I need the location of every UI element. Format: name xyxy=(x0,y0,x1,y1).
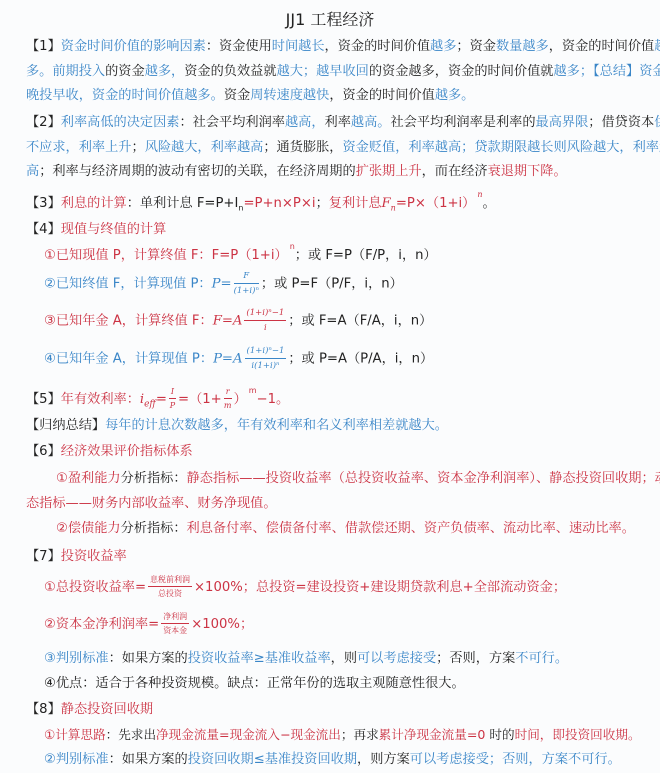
payback-calc-method: ①计算思路：先求出净现金流量=现金流入−现金流出；再求累计净现金流量=0 时的时… xyxy=(44,723,646,748)
roi-pros-cons: ④优点：适合于各种投资规模。缺点：正常年份的选取主观随意性很大。 xyxy=(44,672,646,697)
profitability-line-2: 态指标——财务内部收益率、财务净现值。 xyxy=(26,492,646,517)
fraction: (1+i)ⁿ−1i xyxy=(244,309,286,332)
pv-fv-item-2: ②已知终值 F，计算现值 P：P=F(1+i)ⁿ；或 P=F（P/F，i，n） xyxy=(44,272,646,297)
formula-part: ） xyxy=(234,392,247,407)
formula: F=P（1+i） xyxy=(212,248,288,263)
text-segment: 多。前期投入 xyxy=(26,64,105,79)
text-segment: 风险越大，利率越高 xyxy=(145,140,264,155)
simple-interest-formula: =P+n×P×i xyxy=(243,196,315,211)
section-label: 经济效果评价指标体系 xyxy=(61,444,193,459)
text-segment: 越高， xyxy=(285,115,325,130)
section-2-line-2: 不应求，利率上升；风险越大，利率越高；通货膨胀，资金贬值，利率越高；贷款期限越长… xyxy=(26,136,646,161)
text-segment: ； xyxy=(132,140,145,155)
item-label: ①总投资收益率= xyxy=(44,580,146,595)
text-segments: 资金时间价值的影响因素：资金使用时间越长，资金的时间价值越多；资金数量越多，资金… xyxy=(61,39,660,54)
denominator: m xyxy=(224,399,232,410)
text-segment: 时的 xyxy=(485,727,514,742)
text-segment: 越 xyxy=(654,39,660,54)
section-1: 【1】资金时间价值的影响因素：资金使用时间越长，资金的时间价值越多；资金数量越多… xyxy=(26,35,646,109)
text-segment: 越大；越早收回 xyxy=(277,64,369,79)
fraction: F(1+i)ⁿ xyxy=(234,272,259,295)
denominator: (1+i)ⁿ xyxy=(234,284,259,296)
item-text: 利息备付率、偿债备付率、借款偿还期、资产负债率、流动比率、速动比率。 xyxy=(187,521,635,536)
fraction: 息税前利润总投资 xyxy=(148,576,192,598)
item-text: 静态指标——投资收益率（总投资收益率、资本金净利润率）、静态投资回收期；动 xyxy=(187,471,660,486)
subscript: eff xyxy=(144,400,156,410)
section-2-line-3: 高；利率与经济周期的波动有密切的关联，在经济周期的扩张期上升，而在经济衰退期下降… xyxy=(26,160,646,185)
denominator: 资本金 xyxy=(161,624,189,635)
fraction: 净利润资本金 xyxy=(161,613,189,635)
text-segment: 利率高低的决定因素 xyxy=(61,115,180,130)
text-segment: 时间，即投资回收期。 xyxy=(515,727,641,742)
section-label: 年有效利率： xyxy=(61,392,140,407)
text-segment: 资金时间价值的影响因素 xyxy=(61,39,206,54)
text-segment: ；利率与经济周期的波动有密切的关联，在经济周期的 xyxy=(39,164,356,179)
roi-total-formula: ①总投资收益率=息税前利润总投资×100%；总投资=建设投资+建设期贷款利息+全… xyxy=(44,576,646,601)
section-number: 【3】 xyxy=(26,196,61,211)
text-segment: 累计净现金流量=0 xyxy=(379,727,486,742)
profitability-line-1: ①盈利能力分析指标：静态指标——投资收益率（总投资收益率、资本金净利润率）、静态… xyxy=(26,467,646,492)
text-segment: ；否则，方案 xyxy=(436,651,515,666)
item-label: ③已知年金 A，计算终值 F： xyxy=(44,314,213,329)
text-segment: ；借贷资本 xyxy=(588,115,654,130)
item-text: ④优点：适合于各种投资规模。缺点：正常年份的选取主观随意性很大。 xyxy=(44,676,465,691)
text-segment: 周转速度越快 xyxy=(250,88,329,103)
fraction: rm xyxy=(224,388,232,410)
section-number: 【6】 xyxy=(26,444,61,459)
exponent: m xyxy=(249,386,257,395)
section-5: 【5】年有效利率：ieff=IP=（1+rm）m−1。 xyxy=(26,388,646,417)
text-segment: 投资回收期≤基准投资回收期 xyxy=(188,752,357,767)
item-label: ①已知现值 P，计算终值 F： xyxy=(44,248,212,263)
exponent: n xyxy=(477,190,482,199)
section-number: 【5】 xyxy=(26,392,61,407)
text-segment: ；通货膨胀， xyxy=(263,140,342,155)
text-segments: ②判别标准：如果方案的投资回收期≤基准投资回收期，则方案可以考虑接受；否则，方案… xyxy=(44,752,621,767)
text-segment: ，则 xyxy=(331,651,357,666)
alt-formula: ；或 F=P（F/P，i，n） xyxy=(295,248,437,263)
text-segment: 扩张期上升 xyxy=(356,164,422,179)
section-number: 【8】 xyxy=(26,702,61,717)
text-segment: 资金 xyxy=(224,88,250,103)
text-segment: ，资金的时间价值 xyxy=(329,88,435,103)
text-segment: 净现金流量=现金流入−现金流出 xyxy=(156,727,341,742)
text-segment: 资金的负效益就 xyxy=(184,64,276,79)
text-segment: ，而在经济 xyxy=(422,164,488,179)
text-segment: ：如果方案的 xyxy=(109,752,188,767)
numerator: 净利润 xyxy=(161,613,189,624)
text-segment: 可以考虑接受 xyxy=(357,651,436,666)
text-segment: 不可行。 xyxy=(515,651,568,666)
text-segment: 不应求，利率上升 xyxy=(26,140,132,155)
text-segment: 最高界限 xyxy=(536,115,589,130)
text-segment: ：先求出 xyxy=(106,727,156,742)
text-segment: ：如果方案的 xyxy=(109,651,188,666)
fraction: (1+i)ⁿ−1i(1+i)ⁿ xyxy=(245,347,287,370)
pv-fv-item-1: ①已知现值 P，计算终值 F：F=P（1+i）n；或 F=P（F/P，i，n） xyxy=(44,244,646,270)
alt-formula: ；或 F=A（F/A，i，n） xyxy=(288,314,432,329)
text-segment: 利率 xyxy=(325,115,351,130)
numerator: I xyxy=(169,388,176,399)
section-1-line-1: 【1】资金时间价值的影响因素：资金使用时间越长，资金的时间价值越多；资金数量越多… xyxy=(26,35,646,60)
section-number: 【7】 xyxy=(26,549,61,564)
text-segment: ，资金的时间价值 xyxy=(549,39,655,54)
text-segment: ，资金的时间价值 xyxy=(325,39,431,54)
pv-fv-item-3: ③已知年金 A，计算终值 F：F=A(1+i)ⁿ−1i；或 F=A（F/A，i，… xyxy=(44,309,646,334)
section-4: 【4】现值与终值的计算 xyxy=(26,218,646,243)
text-segment: ①计算思路 xyxy=(44,727,106,742)
text-segments: ①计算思路：先求出净现金流量=现金流入−现金流出；再求累计净现金流量=0 时的时… xyxy=(44,727,641,742)
text-segment: 衰退期下降。 xyxy=(488,164,567,179)
payback-criterion: ②判别标准：如果方案的投资回收期≤基准投资回收期，则方案可以考虑接受；否则，方案… xyxy=(44,748,646,773)
formula-lhs: P=A xyxy=(213,352,242,367)
item-label: ④已知年金 A，计算现值 P： xyxy=(44,352,213,367)
page-title: JJ1 工程经济 xyxy=(0,7,660,30)
text-segments: 高；利率与经济周期的波动有密切的关联，在经济周期的扩张期上升，而在经济衰退期下降… xyxy=(26,164,567,179)
section-8: 【8】静态投资回收期 xyxy=(26,698,646,723)
numerator: 息税前利润 xyxy=(148,576,192,587)
text-segment: ，则方案 xyxy=(357,752,410,767)
text-segment: 资金贬值，利率越高；贷款期限越长则风险越大，利率越 xyxy=(343,140,660,155)
summary-note: 【归纳总结】每年的计息次数越多，年有效利率和名义利率相差就越大。 xyxy=(26,414,646,439)
text-segment: 供 xyxy=(654,115,660,130)
section-6-heading: 【6】经济效果评价指标体系 xyxy=(26,440,646,465)
text-segment: ③判别标准 xyxy=(44,651,109,666)
profitability-indicators: ①盈利能力分析指标：静态指标——投资收益率（总投资收益率、资本金净利润率）、静态… xyxy=(26,467,646,516)
text-segment: 投资收益率≥基准收益率 xyxy=(188,651,331,666)
section-4-heading: 【4】现值与终值的计算 xyxy=(26,218,646,243)
section-7-heading: 【7】投资收益率 xyxy=(26,545,646,570)
text-segment: ；再求 xyxy=(341,727,379,742)
text-segment: ；资金 xyxy=(456,39,496,54)
section-2-line-1: 【2】利率高低的决定因素：社会平均利润率越高，利率越高。社会平均利润率是利率的最… xyxy=(26,111,646,136)
numerator: r xyxy=(224,388,232,399)
text-segment: ：资金使用 xyxy=(206,39,272,54)
item-mid: 分析指标： xyxy=(121,521,187,536)
alt-formula: ；或 P=F（P/F，i，n） xyxy=(261,277,403,292)
simple-interest-text: ：单利计息 F=P+I xyxy=(127,196,239,211)
item-label: ①盈利能力 xyxy=(56,471,121,486)
section-number: 【1】 xyxy=(26,39,61,54)
roi-criterion: ③判别标准：如果方案的投资收益率≥基准收益率，则可以考虑接受；否则，方案不可行。 xyxy=(44,647,646,672)
text-segments: 利率高低的决定因素：社会平均利润率越高，利率越高。社会平均利润率是利率的最高界限… xyxy=(61,115,660,130)
formula-tail: −1。 xyxy=(257,392,290,407)
text-segment: 社会平均利润率是利率的 xyxy=(390,115,535,130)
compound-rhs: =P×（1+i） xyxy=(396,196,476,211)
text-segment: 越高。 xyxy=(351,115,391,130)
section-label: 现值与终值的计算 xyxy=(61,222,167,237)
text-segments: 多。前期投入的资金越多，资金的负效益就越大；越早收回的资金越多，资金的时间价值就… xyxy=(26,64,660,79)
fraction: IP xyxy=(169,388,176,410)
section-6: 【6】经济效果评价指标体系 xyxy=(26,440,646,465)
text-segment: ：社会平均利润率 xyxy=(179,115,285,130)
section-8-heading: 【8】静态投资回收期 xyxy=(26,698,646,723)
section-label: 投资收益率 xyxy=(61,549,127,564)
equals: = xyxy=(156,392,167,407)
item-mid: 分析指标： xyxy=(121,471,187,486)
period: 。 xyxy=(483,196,496,211)
pv-fv-item-4: ④已知年金 A，计算现值 P：P=A(1+i)ⁿ−1i(1+i)ⁿ；或 P=A（… xyxy=(44,347,646,372)
section-7: 【7】投资收益率 xyxy=(26,545,646,570)
section-label: 静态投资回收期 xyxy=(61,702,153,717)
item-label: ②资本金净利润率= xyxy=(44,617,159,632)
text-segment: 越多；【总结】资金 xyxy=(554,64,660,79)
compound-lhs: F xyxy=(382,196,391,211)
text-segment: 的资金越多，资金的时间价值就 xyxy=(369,64,554,79)
denominator: i(1+i)ⁿ xyxy=(245,359,287,371)
text-segment: 数量越多 xyxy=(496,39,549,54)
section-number: 【4】 xyxy=(26,222,61,237)
roe-formula: ②资本金净利润率=净利润资本金×100%； xyxy=(44,613,646,638)
numerator: (1+i)ⁿ−1 xyxy=(244,309,286,321)
text-segments: ③判别标准：如果方案的投资收益率≥基准收益率，则可以考虑接受；否则，方案不可行。 xyxy=(44,651,568,666)
section-2: 【2】利率高低的决定因素：社会平均利润率越高，利率越高。社会平均利润率是利率的最… xyxy=(26,111,646,185)
alt-formula: ；或 P=A（P/A，i，n） xyxy=(288,352,433,367)
text-segments: 晚投早收，资金的时间价值越多。资金周转速度越快，资金的时间价值越多。 xyxy=(26,88,474,103)
section-1-line-3: 晚投早收，资金的时间价值越多。资金周转速度越快，资金的时间价值越多。 xyxy=(26,84,646,109)
section-1-line-2: 多。前期投入的资金越多，资金的负效益就越大；越早收回的资金越多，资金的时间价值就… xyxy=(26,60,646,85)
exponent: n xyxy=(290,242,295,251)
denominator: i xyxy=(244,321,286,333)
formula-lhs: P= xyxy=(212,277,232,292)
text-segment: 越多。 xyxy=(435,88,475,103)
compound-interest-label: 复利计息 xyxy=(329,196,382,211)
section-3: 【3】利息的计算：单利计息 F=P+In=P+n×P×i；复利计息Fn=P×（1… xyxy=(26,192,646,221)
section-label: 利息的计算 xyxy=(61,196,127,211)
formula-rest: ×100%；总投资=建设投资+建设期贷款利息+全部流动资金； xyxy=(194,580,566,595)
text-segment: 晚投早收，资金的时间价值越多。 xyxy=(26,88,224,103)
interest-calc-formula: 【3】利息的计算：单利计息 F=P+In=P+n×P×i；复利计息Fn=P×（1… xyxy=(26,192,646,221)
text-segment: ②判别标准 xyxy=(44,752,109,767)
item-label: ②偿债能力 xyxy=(56,521,121,536)
text-segment: 的资金 xyxy=(105,64,145,79)
text-segment: 可以考虑接受；否则，方案不可行。 xyxy=(410,752,621,767)
text-segment: 高 xyxy=(26,164,39,179)
formula-lhs: F=A xyxy=(213,314,243,329)
item-text: 态指标——财务内部收益率、财务净现值。 xyxy=(26,496,277,511)
text-segment: 时间越长 xyxy=(272,39,325,54)
text-segments: 不应求，利率上升；风险越大，利率越高；通货膨胀，资金贬值，利率越高；贷款期限越长… xyxy=(26,140,660,155)
document-page: JJ1 工程经济 【1】资金时间价值的影响因素：资金使用时间越长，资金的时间价值… xyxy=(0,0,660,773)
text-segment: 越多 xyxy=(430,39,456,54)
text-segment: 越多， xyxy=(145,64,185,79)
summary-text: 每年的计息次数越多，年有效利率和名义利率相差就越大。 xyxy=(105,418,448,433)
solvency-line: ②偿债能力分析指标：利息备付率、偿债备付率、借款偿还期、资产负债率、流动比率、速… xyxy=(26,517,646,542)
numerator: F xyxy=(234,272,259,284)
numerator: (1+i)ⁿ−1 xyxy=(245,347,287,359)
section-number: 【2】 xyxy=(26,115,61,130)
solvency-indicators: ②偿债能力分析指标：利息备付率、偿债备付率、借款偿还期、资产负债率、流动比率、速… xyxy=(26,517,646,542)
formula-part: =（1+ xyxy=(178,392,222,407)
summary-label: 【归纳总结】 xyxy=(26,418,105,433)
separator: ； xyxy=(316,196,329,211)
denominator: 总投资 xyxy=(148,587,192,598)
formula-rest: ×100%； xyxy=(191,617,253,632)
denominator: P xyxy=(169,399,176,410)
item-label: ②已知终值 F，计算现值 P： xyxy=(44,277,212,292)
